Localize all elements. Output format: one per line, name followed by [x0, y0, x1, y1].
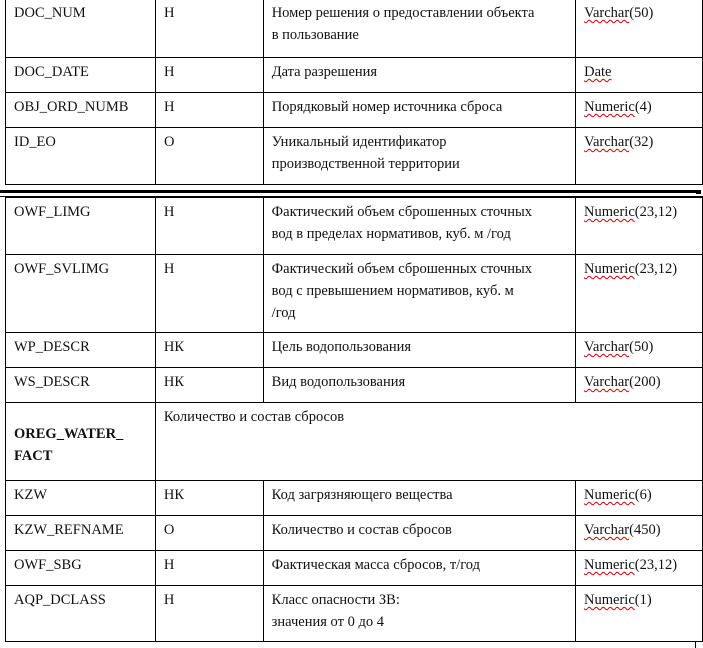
type-name: Numeric	[584, 592, 635, 608]
flag-cell: Н	[155, 0, 263, 58]
type-cell: Numeric(23,12)	[576, 198, 703, 255]
description-cell: Фактическая масса сбросов, т/год	[263, 551, 575, 586]
table-row: AQP_DCLASSНКласс опасности ЗВ:значения о…	[6, 586, 703, 642]
flag-cell: Н	[155, 551, 263, 586]
description-cell: Количество и состав сбросов	[263, 516, 575, 551]
flag-cell: Н	[155, 586, 263, 642]
type-name: Numeric	[584, 557, 635, 573]
type-name: Varchar	[584, 134, 629, 150]
table-row: OWF_LIMGНФактический объем сброшенных ст…	[6, 198, 703, 255]
type-cell: Varchar(450)	[576, 516, 703, 551]
type-name: Numeric	[584, 99, 635, 115]
table-row: OBJ_ORD_NUMBНПорядковый номер источника …	[6, 93, 703, 128]
description-cell: Код загрязняющего вещества	[263, 481, 575, 516]
type-name: Varchar	[584, 522, 629, 538]
flag-cell: НК	[155, 333, 263, 368]
description-cell: Цель водопользования	[263, 333, 575, 368]
description-cell: Порядковый номер источника сброса	[263, 93, 575, 128]
type-cell: Varchar(50)	[576, 333, 703, 368]
description-cell: Уникальный идентификаторпроизводственной…	[263, 128, 575, 185]
type-cell: Numeric(23,12)	[576, 255, 703, 333]
section-table-name: OREG_WATER_FACT	[6, 403, 156, 481]
type-name: Varchar	[584, 5, 629, 21]
description-cell: Номер решения о предоставлении объектав …	[263, 0, 575, 58]
type-cell: Date	[576, 58, 703, 93]
fields-table-page-2: OWF_LIMGНФактический объем сброшенных ст…	[5, 197, 703, 642]
table-row: DOC_DATEНДата разрешенияDate	[6, 58, 703, 93]
field-name-cell: OWF_SVLIMG	[6, 255, 156, 333]
table-row: KZWНККод загрязняющего веществаNumeric(6…	[6, 481, 703, 516]
table-row: ID_EOОУникальный идентификаторпроизводст…	[6, 128, 703, 185]
description-cell: Вид водопользования	[263, 368, 575, 403]
table-row: WS_DESCRНКВид водопользованияVarchar(200…	[6, 368, 703, 403]
flag-cell: Н	[155, 198, 263, 255]
table-row: KZW_REFNAMEОКоличество и состав сбросовV…	[6, 516, 703, 551]
type-cell: Numeric(4)	[576, 93, 703, 128]
field-name-cell: DOC_NUM	[6, 0, 156, 58]
table-row: WP_DESCRНКЦель водопользованияVarchar(50…	[6, 333, 703, 368]
description-cell: Фактический объем сброшенных сточныхвод …	[263, 198, 575, 255]
type-name: Varchar	[584, 374, 629, 390]
description-cell: Класс опасности ЗВ:значения от 0 до 4	[263, 586, 575, 642]
field-name-cell: OBJ_ORD_NUMB	[6, 93, 156, 128]
type-cell: Varchar(50)	[576, 0, 703, 58]
type-name: Numeric	[584, 487, 635, 503]
field-name-cell: WS_DESCR	[6, 368, 156, 403]
field-name-cell: KZW_REFNAME	[6, 516, 156, 551]
field-name-cell: WP_DESCR	[6, 333, 156, 368]
field-name-cell: AQP_DCLASS	[6, 586, 156, 642]
type-cell: Varchar(200)	[576, 368, 703, 403]
type-cell: Numeric(1)	[576, 586, 703, 642]
type-name: Numeric	[584, 204, 635, 220]
flag-cell: О	[155, 128, 263, 185]
field-name-cell: ID_EO	[6, 128, 156, 185]
page-break-line	[0, 190, 698, 193]
flag-cell: НК	[155, 481, 263, 516]
table-row: OWF_SVLIMGНФактический объем сброшенных …	[6, 255, 703, 333]
type-name: Numeric	[584, 261, 635, 277]
table-row: OWF_SBGНФактическая масса сбросов, т/год…	[6, 551, 703, 586]
description-cell: Дата разрешения	[263, 58, 575, 93]
field-name-cell: DOC_DATE	[6, 58, 156, 93]
field-name-cell: OWF_SBG	[6, 551, 156, 586]
fields-table-page-1: DOC_NUMННомер решения о предоставлении о…	[5, 0, 703, 185]
field-name-cell: OWF_LIMG	[6, 198, 156, 255]
table-end-marker[interactable]	[695, 641, 703, 648]
flag-cell: НК	[155, 368, 263, 403]
table-resize-handle[interactable]	[696, 190, 701, 194]
type-cell: Numeric(23,12)	[576, 551, 703, 586]
section-row: OREG_WATER_FACTКоличество и состав сброс…	[6, 403, 703, 481]
field-name-cell: KZW	[6, 481, 156, 516]
section-description: Количество и состав сбросов	[155, 403, 702, 481]
type-cell: Numeric(6)	[576, 481, 703, 516]
type-cell: Varchar(32)	[576, 128, 703, 185]
flag-cell: Н	[155, 255, 263, 333]
table-row: DOC_NUMННомер решения о предоставлении о…	[6, 0, 703, 58]
type-name: Varchar	[584, 339, 629, 355]
description-cell: Фактический объем сброшенных сточныхвод …	[263, 255, 575, 333]
flag-cell: Н	[155, 58, 263, 93]
type-name: Date	[584, 64, 611, 80]
flag-cell: Н	[155, 93, 263, 128]
flag-cell: О	[155, 516, 263, 551]
